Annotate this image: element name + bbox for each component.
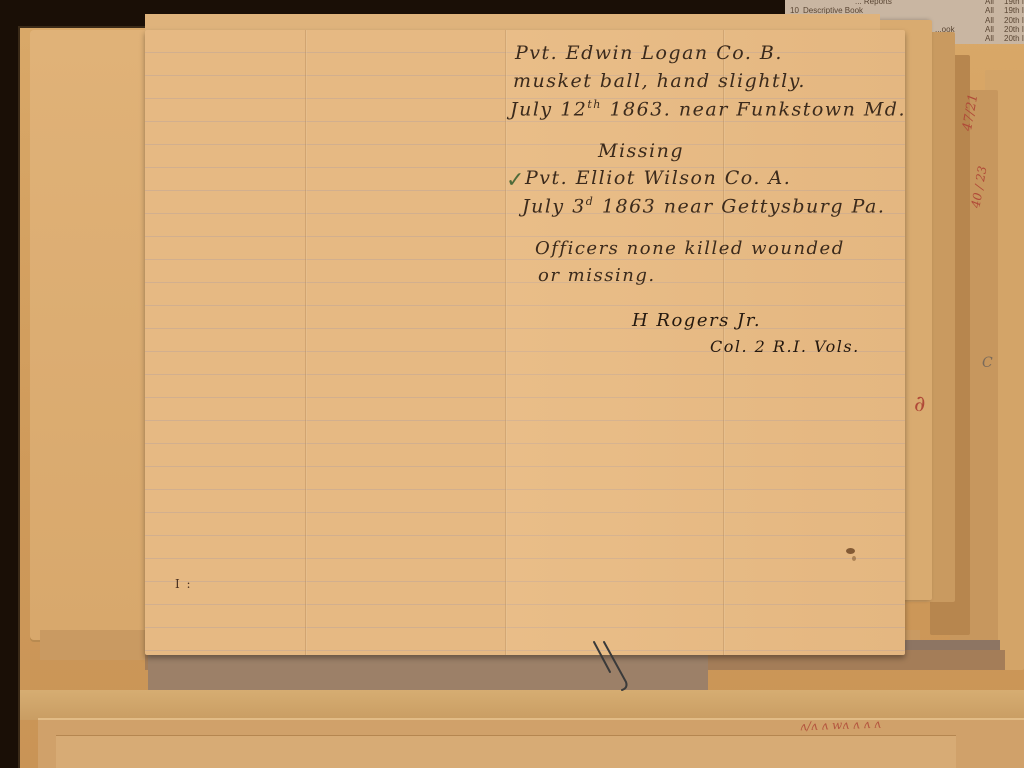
officers-note-line2: or missing. bbox=[538, 265, 656, 286]
red-pencil-note: ∂ bbox=[914, 392, 925, 417]
index-col2: All bbox=[985, 16, 994, 25]
index-col3: 19th In bbox=[1004, 6, 1024, 15]
entry-missing-line2: July 3d 1863 near Gettysburg Pa. bbox=[522, 195, 885, 217]
date-location: 1863. near Funkstown Md. bbox=[609, 98, 906, 120]
pencil-note: C bbox=[982, 355, 993, 371]
date-suffix: d bbox=[586, 195, 595, 208]
date-suffix: th bbox=[587, 98, 602, 111]
entry-wounded-line2: musket ball, hand slightly. bbox=[513, 70, 806, 92]
fold-line bbox=[305, 30, 307, 655]
entry-wounded-line1: Pvt. Edwin Logan Co. B. bbox=[515, 42, 783, 64]
officers-note-line1: Officers none killed wounded bbox=[535, 238, 845, 259]
index-col3: 20th In bbox=[1004, 25, 1024, 34]
bottom-document bbox=[56, 735, 956, 768]
index-col3: 20th In bbox=[1004, 16, 1024, 25]
signature-name: H Rogers Jr. bbox=[632, 310, 761, 331]
red-pencil-note-bottom: ʌ/ʌ ʌ wʌ ʌ ʌ ʌ bbox=[800, 717, 881, 734]
date-location: 1863 near Gettysburg Pa. bbox=[602, 195, 885, 217]
index-col2: All bbox=[985, 6, 994, 15]
margin-marks: I : bbox=[175, 577, 192, 591]
date: July 12 bbox=[510, 98, 587, 120]
date: July 3 bbox=[522, 195, 586, 217]
entry-missing-line1: Pvt. Elliot Wilson Co. A. bbox=[525, 167, 791, 189]
fold-line bbox=[505, 30, 507, 655]
index-col3: 20th In bbox=[1004, 34, 1024, 43]
index-col2: All bbox=[985, 25, 994, 34]
ink-stain bbox=[852, 556, 856, 561]
tray-shelf bbox=[20, 690, 1024, 720]
paperclip-icon bbox=[592, 640, 642, 695]
entry-wounded-line3: July 12th 1863. near Funkstown Md. bbox=[510, 98, 906, 120]
ink-stain bbox=[846, 548, 855, 554]
check-mark-icon: ✓ bbox=[506, 168, 524, 193]
missing-heading: Missing bbox=[598, 140, 684, 162]
signature-title: Col. 2 R.I. Vols. bbox=[710, 337, 860, 356]
index-col2: All bbox=[985, 34, 994, 43]
